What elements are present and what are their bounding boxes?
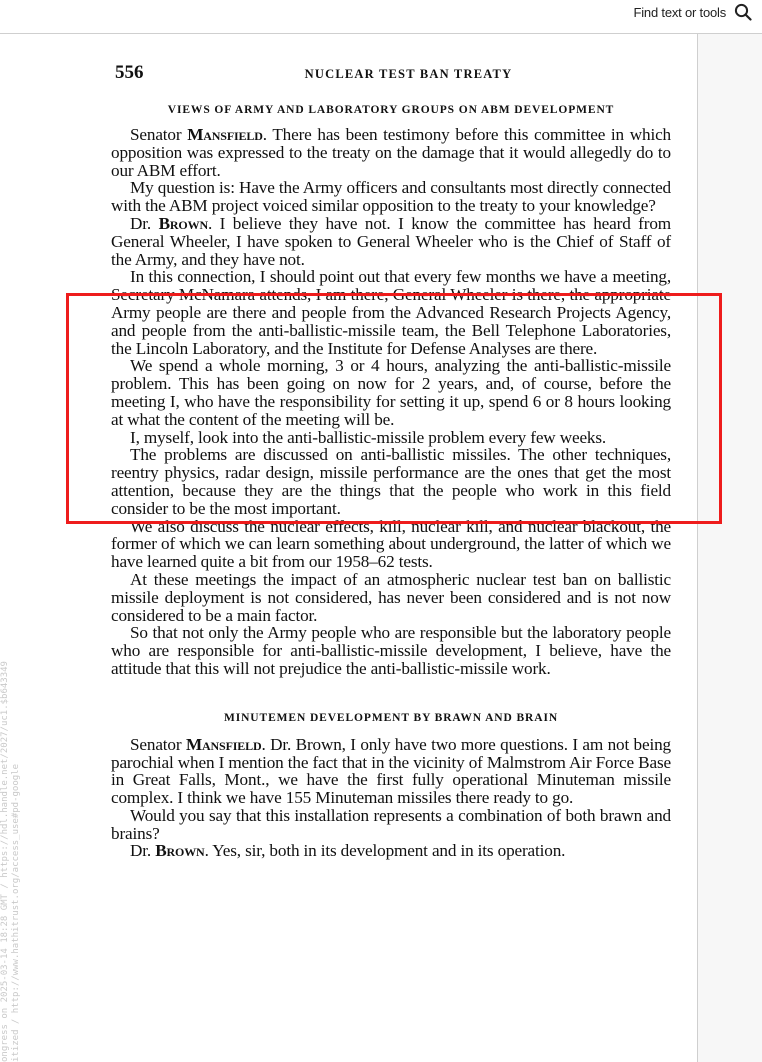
paragraph: So that not only the Army people who are… bbox=[111, 624, 671, 677]
speaker-name: Brown bbox=[159, 214, 208, 233]
paragraph: I, myself, look into the anti-ballistic-… bbox=[111, 429, 671, 447]
find-tools-label: Find text or tools bbox=[634, 5, 727, 20]
paragraph: Senator Mansfield. Dr. Brown, I only hav… bbox=[111, 736, 671, 807]
paragraph: The problems are discussed on anti-balli… bbox=[111, 446, 671, 517]
section-heading-abm: VIEWS OF ARMY AND LABORATORY GROUPS ON A… bbox=[111, 104, 671, 116]
scan-watermark: ongress on 2025-03-14 18:28 GMT / https:… bbox=[0, 661, 22, 1062]
paragraph: We also discuss the nuclear effects, kil… bbox=[111, 518, 671, 571]
speaker-name: Mansfield bbox=[187, 125, 263, 144]
paragraph: At these meetings the impact of an atmos… bbox=[111, 571, 671, 624]
document-page: 556 NUCLEAR TEST BAN TREATY VIEWS OF ARM… bbox=[111, 60, 671, 860]
search-icon bbox=[734, 3, 752, 21]
paragraph: Senator Mansfield. There has been testim… bbox=[111, 126, 671, 179]
watermark-line-1: ongress on 2025-03-14 18:28 GMT / https:… bbox=[0, 661, 11, 1062]
running-title: NUCLEAR TEST BAN TREATY bbox=[111, 67, 671, 82]
right-side-panel bbox=[697, 34, 762, 1062]
paragraph: My question is: Have the Army officers a… bbox=[111, 179, 671, 215]
watermark-line-2: itized / http://www.hathitrust.org/acces… bbox=[11, 661, 22, 1062]
speaker-name: Mansfield bbox=[186, 735, 262, 754]
paragraph: Dr. Brown. Yes, sir, both in its develop… bbox=[111, 842, 671, 860]
paragraph: Would you say that this installation rep… bbox=[111, 807, 671, 843]
find-text-or-tools-button[interactable]: Find text or tools bbox=[634, 2, 753, 22]
section-heading-minutemen: MINUTEMEN DEVELOPMENT BY BRAWN AND BRAIN bbox=[111, 712, 671, 724]
running-head: 556 NUCLEAR TEST BAN TREATY bbox=[111, 60, 671, 86]
paragraph: Dr. Brown. I believe they have not. I kn… bbox=[111, 215, 671, 268]
paragraph: We spend a whole morning, 3 or 4 hours, … bbox=[111, 357, 671, 428]
paragraph: In this connection, I should point out t… bbox=[111, 268, 671, 357]
top-toolbar: Find text or tools bbox=[0, 0, 762, 34]
speaker-name: Brown bbox=[155, 841, 204, 860]
